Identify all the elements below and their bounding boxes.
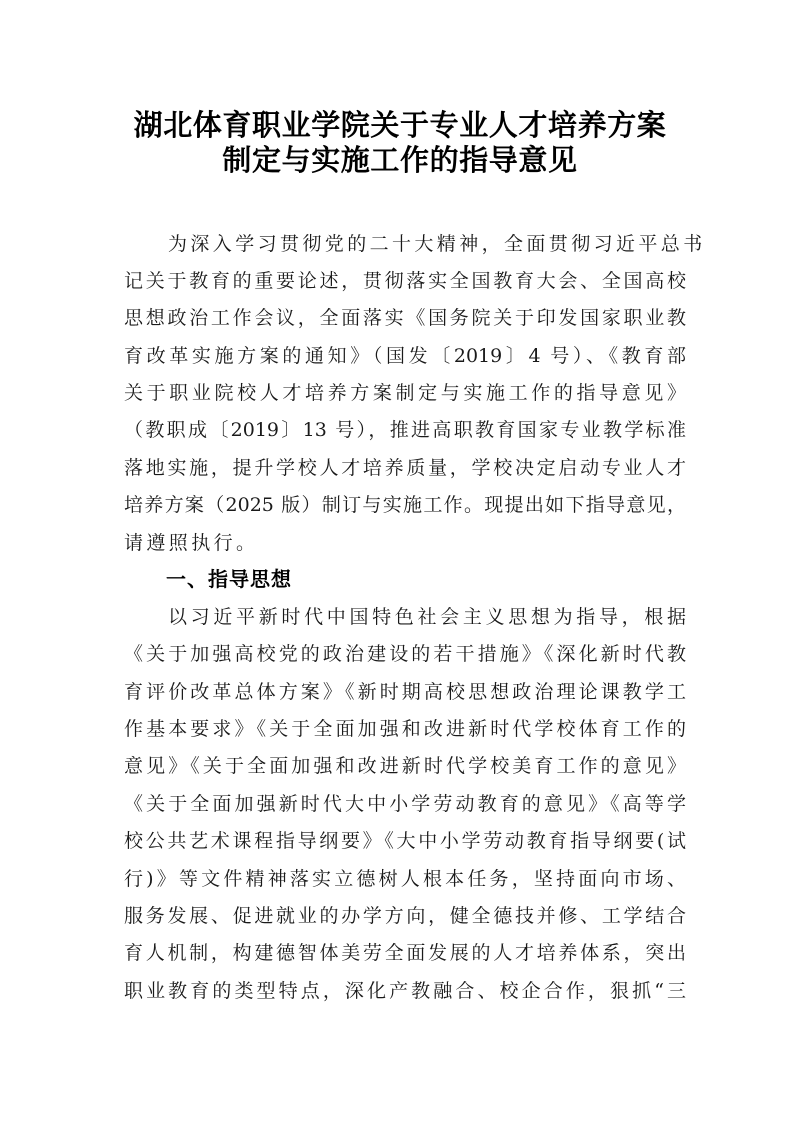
intro-line-6: （教职成〔2019〕13 号），推进高职教育国家专业教学标准 [124,417,686,443]
section-1-line-9: 服务发展、促进就业的办学方向，健全德技并修、工学结合 [124,903,686,929]
intro-line-2: 记关于教育的重要论述，贯彻落实全国教育大会、全国高校 [124,268,686,294]
section-1-line-11: 职业教育的类型特点，深化产教融合、校企合作，狠抓“三 [124,978,686,1004]
intro-line-3: 思想政治工作会议，全面落实《国务院关于印发国家职业教 [124,305,686,331]
intro-line-8: 培养方案（2025 版）制订与实施工作。现提出如下指导意见， [124,492,686,518]
section-1-line-10: 育人机制，构建德智体美劳全面发展的人才培养体系，突出 [124,940,686,966]
section-1-line-5: 意见》《关于全面加强和改进新时代学校美育工作的意见》 [124,753,686,779]
document-page: 湖北体育职业学院关于专业人才培养方案 制定与实施工作的指导意见 为深入学习贯彻党… [0,0,800,1131]
section-1-line-4: 作基本要求》《关于全面加强和改进新时代学校体育工作的 [124,716,686,742]
section-1-line-1: 以习近平新时代中国特色社会主义思想为指导，根据 [168,604,686,630]
intro-line-7: 落地实施，提升学校人才培养质量，学校决定启动专业人才 [124,455,686,481]
section-heading-guiding-ideology: 一、指导思想 [166,566,292,592]
section-1-line-2: 《关于加强高校党的政治建设的若干措施》《深化新时代教 [124,641,686,667]
intro-line-5: 关于职业院校人才培养方案制定与实施工作的指导意见》 [124,380,686,406]
intro-line-4: 育改革实施方案的通知》（国发〔2019〕4 号）、《教育部 [124,343,686,369]
intro-line-9: 请遵照执行。 [124,530,686,556]
section-1-line-7: 校公共艺术课程指导纲要》《大中小学劳动教育指导纲要(试 [124,828,686,854]
document-title-line-1: 湖北体育职业学院关于专业人才培养方案 [0,107,800,143]
intro-line-1: 为深入学习贯彻党的二十大精神，全面贯彻习近平总书 [168,231,686,257]
section-1-line-6: 《关于全面加强新时代大中小学劳动教育的意见》《高等学 [124,791,686,817]
section-1-line-3: 育评价改革总体方案》《新时期高校思想政治理论课教学工 [124,679,686,705]
document-title-line-2: 制定与实施工作的指导意见 [0,142,800,178]
section-1-line-8: 行)》等文件精神落实立德树人根本任务，坚持面向市场、 [124,866,686,892]
